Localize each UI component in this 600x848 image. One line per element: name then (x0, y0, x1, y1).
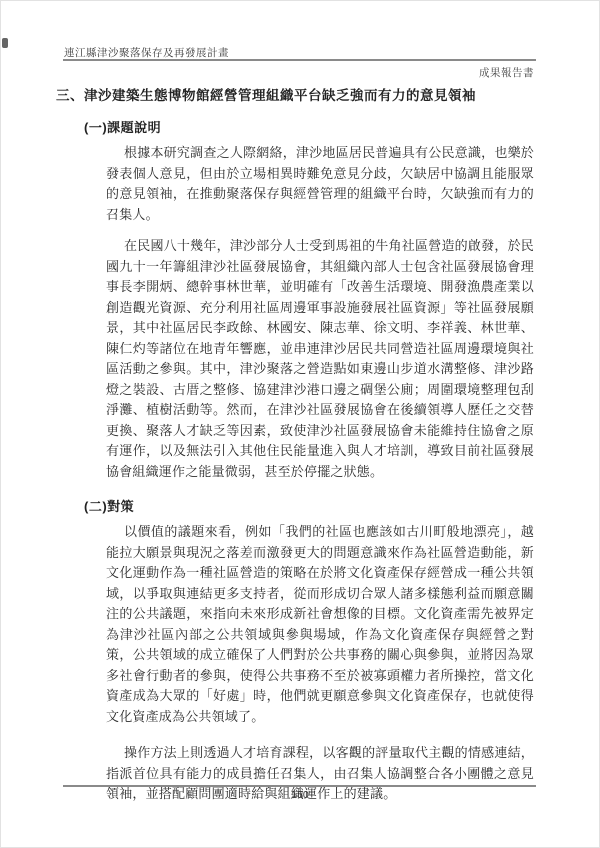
subsection-heading-strategy: (二)對策 (84, 496, 534, 515)
body-paragraph: 根據本研究調查之人際網絡，津沙地區居民普遍具有公民意識，也樂於發表個人意見，但由… (106, 143, 534, 225)
body-paragraph: 在民國八十幾年，津沙部分人士受到馬祖的牛角社區營造的啟發，於民國九十一年籌組津沙… (106, 236, 534, 482)
document-body: (一)課題說明 根據本研究調查之人際網絡，津沙地區居民普遍具有公民意識，也樂於發… (106, 117, 534, 805)
section-title: 三、津沙建築生態博物館經營管理組織平台缺乏強而有力的意見領袖 (56, 84, 546, 104)
header-divider (63, 59, 536, 61)
body-paragraph: 以價值的議題來看，例如「我們的社區也應該如古川町般地漂亮」，越能拉大願景與現況之… (106, 522, 534, 727)
header-report-label: 成果報告書 (479, 65, 534, 80)
page-number: 150 (1, 789, 599, 801)
scan-artifact-mark (2, 38, 8, 48)
footer-divider (63, 785, 536, 787)
header-project-title: 連江縣津沙聚落保存及再發展計畫 (64, 45, 229, 60)
report-page: 連江縣津沙聚落保存及再發展計畫 成果報告書 三、津沙建築生態博物館經營管理組織平… (0, 0, 600, 848)
subsection-heading-issue: (一)課題說明 (84, 117, 534, 136)
